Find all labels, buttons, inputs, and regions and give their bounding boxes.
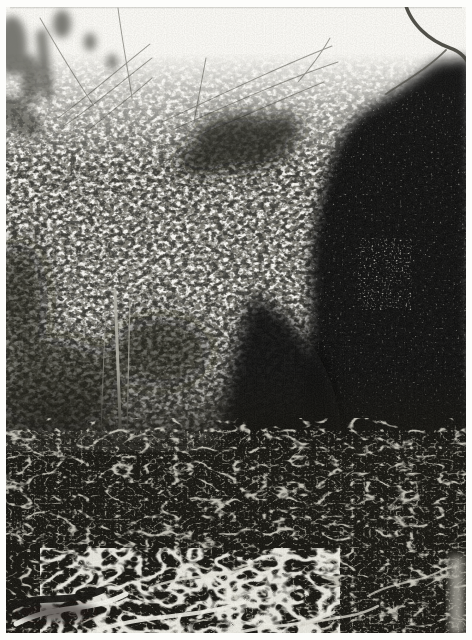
film-grain-overlay — [6, 6, 466, 634]
photo-scan — [0, 0, 472, 640]
photograph — [0, 0, 472, 640]
thicket-photo-svg — [0, 0, 472, 640]
